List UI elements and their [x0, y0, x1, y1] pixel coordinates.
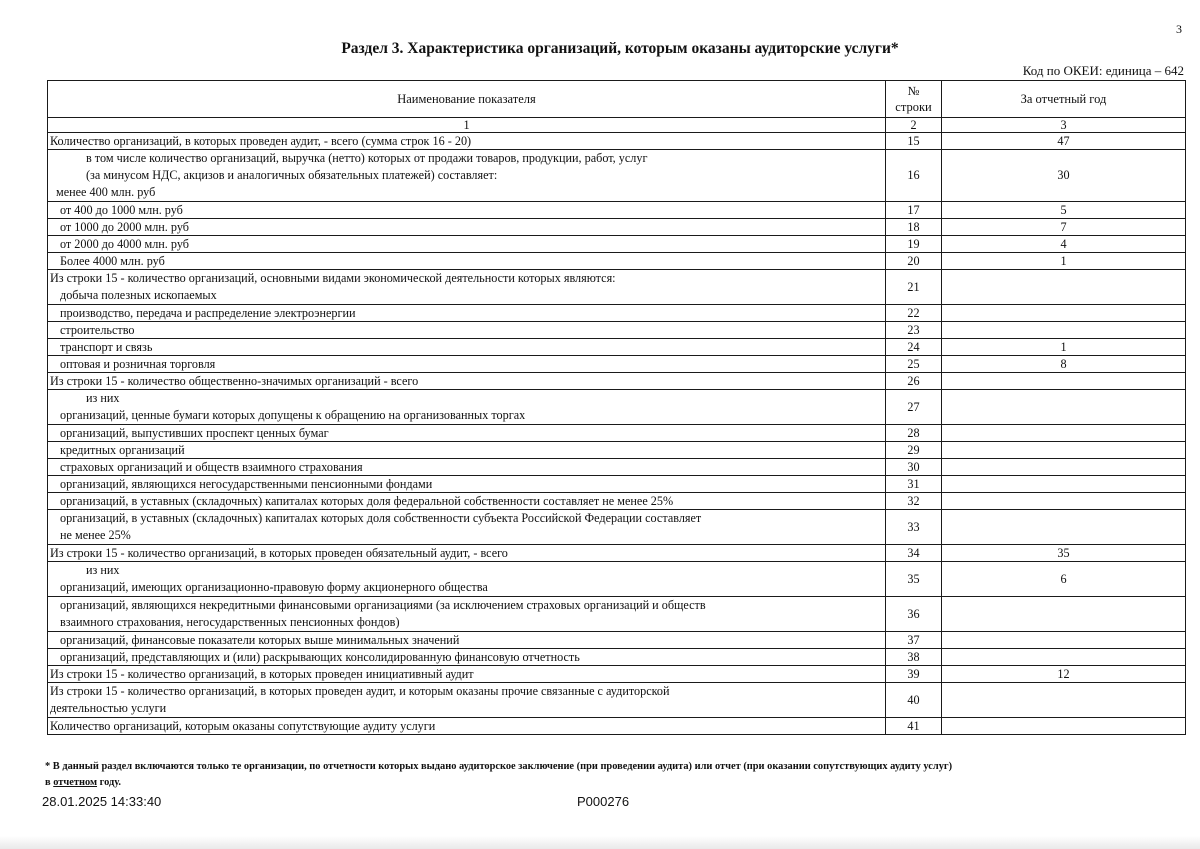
indicator-name-line: деятельностью услуги — [50, 700, 883, 717]
reporting-year-value: 12 — [942, 666, 1186, 683]
reporting-year-value: 4 — [942, 236, 1186, 253]
indicator-name: Из строки 15 - количество организаций, о… — [48, 270, 886, 305]
row-number: 16 — [886, 150, 942, 202]
table-row: от 400 до 1000 млн. руб175 — [48, 202, 1186, 219]
indicator-name-line: страховых организаций и обществ взаимног… — [50, 459, 883, 475]
indicator-name-line: Из строки 15 - количество организаций, в… — [50, 683, 883, 700]
indicator-name-line: Количество организаций, которым оказаны … — [50, 718, 883, 734]
row-number: 20 — [886, 253, 942, 270]
reporting-year-value — [942, 718, 1186, 735]
table-row: организаций, являющихся негосударственны… — [48, 476, 1186, 493]
indicator-name: из нихорганизаций, ценные бумаги которых… — [48, 390, 886, 425]
reporting-year-value: 5 — [942, 202, 1186, 219]
row-number: 40 — [886, 683, 942, 718]
reporting-year-value — [942, 493, 1186, 510]
reporting-year-value — [942, 322, 1186, 339]
header-reporting-year: За отчетный год — [942, 81, 1186, 118]
indicator-name-line: (за минусом НДС, акцизов и аналогичных о… — [50, 167, 883, 184]
indicator-name-line: добыча полезных ископаемых — [50, 287, 883, 304]
table-row: Из строки 15 - количество организаций, в… — [48, 683, 1186, 718]
reporting-year-value: 1 — [942, 339, 1186, 356]
table-row: Из строки 15 - количество организаций, в… — [48, 666, 1186, 683]
row-number: 27 — [886, 390, 942, 425]
indicator-name-line: организаций, ценные бумаги которых допущ… — [50, 407, 883, 424]
row-number: 39 — [886, 666, 942, 683]
reporting-year-value — [942, 649, 1186, 666]
indicator-name-line: строительство — [50, 322, 883, 338]
indicator-name: от 400 до 1000 млн. руб — [48, 202, 886, 219]
table-row: производство, передача и распределение э… — [48, 305, 1186, 322]
table-row: Количество организаций, которым оказаны … — [48, 718, 1186, 735]
row-number: 25 — [886, 356, 942, 373]
indicator-name: страховых организаций и обществ взаимног… — [48, 459, 886, 476]
footnote-suffix: году. — [97, 777, 121, 788]
indicator-name-line: организаций, финансовые показатели котор… — [50, 632, 883, 648]
indicator-name-line: Количество организаций, в которых провед… — [50, 133, 883, 149]
indicator-name: от 2000 до 4000 млн. руб — [48, 236, 886, 253]
table-row: из нихорганизаций, имеющих организационн… — [48, 562, 1186, 597]
table-row: из нихорганизаций, ценные бумаги которых… — [48, 390, 1186, 425]
audit-organizations-table: Наименование показателя № строки За отче… — [47, 80, 1186, 735]
table-row: оптовая и розничная торговля258 — [48, 356, 1186, 373]
indicator-name: Из строки 15 - количество организаций, в… — [48, 666, 886, 683]
indicator-name-line: организаций, представляющих и (или) раск… — [50, 649, 883, 665]
table-row: Из строки 15 - количество организаций, о… — [48, 270, 1186, 305]
table-row: организаций, в уставных (складочных) кап… — [48, 493, 1186, 510]
row-number: 21 — [886, 270, 942, 305]
header-row-number-symbol: № — [888, 83, 939, 99]
indicator-name-line: не менее 25% — [50, 527, 883, 544]
reporting-year-value: 7 — [942, 219, 1186, 236]
table-row: Количество организаций, в которых провед… — [48, 133, 1186, 150]
reporting-year-value — [942, 476, 1186, 493]
reporting-year-value — [942, 597, 1186, 632]
row-number: 33 — [886, 510, 942, 545]
indicator-name-line: организаций, в уставных (складочных) кап… — [50, 493, 883, 509]
row-number: 19 — [886, 236, 942, 253]
indicator-name-line: из них — [50, 562, 883, 579]
reporting-year-value — [942, 632, 1186, 649]
table-row: организаций, финансовые показатели котор… — [48, 632, 1186, 649]
row-number: 31 — [886, 476, 942, 493]
table-row: страховых организаций и обществ взаимног… — [48, 459, 1186, 476]
indicator-name-line: из них — [50, 390, 883, 407]
header-row-number: № строки — [886, 81, 942, 118]
row-number: 38 — [886, 649, 942, 666]
indicator-name: из нихорганизаций, имеющих организационн… — [48, 562, 886, 597]
indicator-name-line: от 400 до 1000 млн. руб — [50, 202, 883, 218]
row-number: 23 — [886, 322, 942, 339]
reporting-year-value — [942, 390, 1186, 425]
footnote-prefix: в — [45, 777, 53, 788]
okei-code: Код по ОКЕИ: единица – 642 — [1023, 63, 1184, 79]
footnote-line-2: в отчетном году. — [45, 775, 1145, 791]
header-row-number-label: строки — [888, 99, 939, 115]
indicator-name: организаций, представляющих и (или) раск… — [48, 649, 886, 666]
row-number: 32 — [886, 493, 942, 510]
indicator-name: от 1000 до 2000 млн. руб — [48, 219, 886, 236]
reporting-year-value: 30 — [942, 150, 1186, 202]
indicator-name-line: организаций, выпустивших проспект ценных… — [50, 425, 883, 441]
reporting-year-value — [942, 459, 1186, 476]
indicator-name: транспорт и связь — [48, 339, 886, 356]
header-indicator-name: Наименование показателя — [48, 81, 886, 118]
indicator-name: организаций, являющихся некредитными фин… — [48, 597, 886, 632]
table-row: от 1000 до 2000 млн. руб187 — [48, 219, 1186, 236]
reporting-year-value — [942, 442, 1186, 459]
row-number: 30 — [886, 459, 942, 476]
indicator-name-line: от 1000 до 2000 млн. руб — [50, 219, 883, 235]
print-timestamp: 28.01.2025 14:33:40 — [42, 794, 161, 809]
indicator-name-line: Из строки 15 - количество общественно-зн… — [50, 373, 883, 389]
indicator-name-line: менее 400 млн. руб — [50, 184, 883, 201]
indicator-name: Количество организаций, в которых провед… — [48, 133, 886, 150]
table-row: организаций, выпустивших проспект ценных… — [48, 425, 1186, 442]
reporting-year-value: 1 — [942, 253, 1186, 270]
row-number: 29 — [886, 442, 942, 459]
indicator-name: оптовая и розничная торговля — [48, 356, 886, 373]
document-code: P000276 — [577, 794, 629, 809]
column-index-row: 1 2 3 — [48, 118, 1186, 133]
indicator-name-line: организаций, в уставных (складочных) кап… — [50, 510, 883, 527]
footnote-line-1: * В данный раздел включаются только те о… — [45, 759, 1145, 775]
table-row: Из строки 15 - количество общественно-зн… — [48, 373, 1186, 390]
row-number: 37 — [886, 632, 942, 649]
indicator-name-line: Из строки 15 - количество организаций, о… — [50, 270, 883, 287]
reporting-year-value — [942, 270, 1186, 305]
table-row: организаций, являющихся некредитными фин… — [48, 597, 1186, 632]
indicator-name-line: в том числе количество организаций, выру… — [50, 150, 883, 167]
column-index-3: 3 — [942, 118, 1186, 133]
reporting-year-value — [942, 425, 1186, 442]
row-number: 41 — [886, 718, 942, 735]
table-row: от 2000 до 4000 млн. руб194 — [48, 236, 1186, 253]
indicator-name: Количество организаций, которым оказаны … — [48, 718, 886, 735]
row-number: 26 — [886, 373, 942, 390]
indicator-name: организаций, финансовые показатели котор… — [48, 632, 886, 649]
indicator-name-line: оптовая и розничная торговля — [50, 356, 883, 372]
row-number: 36 — [886, 597, 942, 632]
indicator-name-line: организаций, являющихся негосударственны… — [50, 476, 883, 492]
table-row: в том числе количество организаций, выру… — [48, 150, 1186, 202]
indicator-name: Более 4000 млн. руб — [48, 253, 886, 270]
indicator-name: организаций, в уставных (складочных) кап… — [48, 510, 886, 545]
table-row: кредитных организаций29 — [48, 442, 1186, 459]
column-index-2: 2 — [886, 118, 942, 133]
indicator-name: в том числе количество организаций, выру… — [48, 150, 886, 202]
indicator-name: Из строки 15 - количество организаций, в… — [48, 545, 886, 562]
indicator-name-line: Более 4000 млн. руб — [50, 253, 883, 269]
row-number: 17 — [886, 202, 942, 219]
table-row: организаций, представляющих и (или) раск… — [48, 649, 1186, 666]
reporting-year-value: 35 — [942, 545, 1186, 562]
indicator-name-line: Из строки 15 - количество организаций, в… — [50, 666, 883, 682]
table-row: организаций, в уставных (складочных) кап… — [48, 510, 1186, 545]
row-number: 18 — [886, 219, 942, 236]
reporting-year-value — [942, 510, 1186, 545]
indicator-name: производство, передача и распределение э… — [48, 305, 886, 322]
indicator-name: Из строки 15 - количество общественно-зн… — [48, 373, 886, 390]
column-index-1: 1 — [48, 118, 886, 133]
indicator-name: Из строки 15 - количество организаций, в… — [48, 683, 886, 718]
indicator-name-line: организаций, имеющих организационно-прав… — [50, 579, 883, 596]
indicator-name-line: организаций, являющихся некредитными фин… — [50, 597, 883, 614]
row-number: 22 — [886, 305, 942, 322]
reporting-year-value — [942, 305, 1186, 322]
footnote-underlined-word: отчетном — [53, 777, 97, 788]
scan-edge — [0, 836, 1200, 849]
indicator-name: кредитных организаций — [48, 442, 886, 459]
row-number: 35 — [886, 562, 942, 597]
reporting-year-value: 6 — [942, 562, 1186, 597]
row-number: 28 — [886, 425, 942, 442]
reporting-year-value: 47 — [942, 133, 1186, 150]
indicator-name: организаций, являющихся негосударственны… — [48, 476, 886, 493]
indicator-name: организаций, в уставных (складочных) кап… — [48, 493, 886, 510]
indicator-name: организаций, выпустивших проспект ценных… — [48, 425, 886, 442]
indicator-name: строительство — [48, 322, 886, 339]
indicator-name-line: от 2000 до 4000 млн. руб — [50, 236, 883, 252]
table-row: строительство23 — [48, 322, 1186, 339]
reporting-year-value — [942, 373, 1186, 390]
indicator-name-line: транспорт и связь — [50, 339, 883, 355]
table-row: Более 4000 млн. руб201 — [48, 253, 1186, 270]
reporting-year-value — [942, 683, 1186, 718]
reporting-year-value: 8 — [942, 356, 1186, 373]
row-number: 34 — [886, 545, 942, 562]
section-title: Раздел 3. Характеристика организаций, ко… — [0, 40, 1200, 58]
table-row: Из строки 15 - количество организаций, в… — [48, 545, 1186, 562]
table-row: транспорт и связь241 — [48, 339, 1186, 356]
row-number: 24 — [886, 339, 942, 356]
table-header-row: Наименование показателя № строки За отче… — [48, 81, 1186, 118]
indicator-name-line: взаимного страхования, негосударственных… — [50, 614, 883, 631]
indicator-name-line: кредитных организаций — [50, 442, 883, 458]
footnote: * В данный раздел включаются только те о… — [45, 759, 1145, 791]
indicator-name-line: Из строки 15 - количество организаций, в… — [50, 545, 883, 561]
page-number: 3 — [1176, 22, 1182, 37]
row-number: 15 — [886, 133, 942, 150]
indicator-name-line: производство, передача и распределение э… — [50, 305, 883, 321]
